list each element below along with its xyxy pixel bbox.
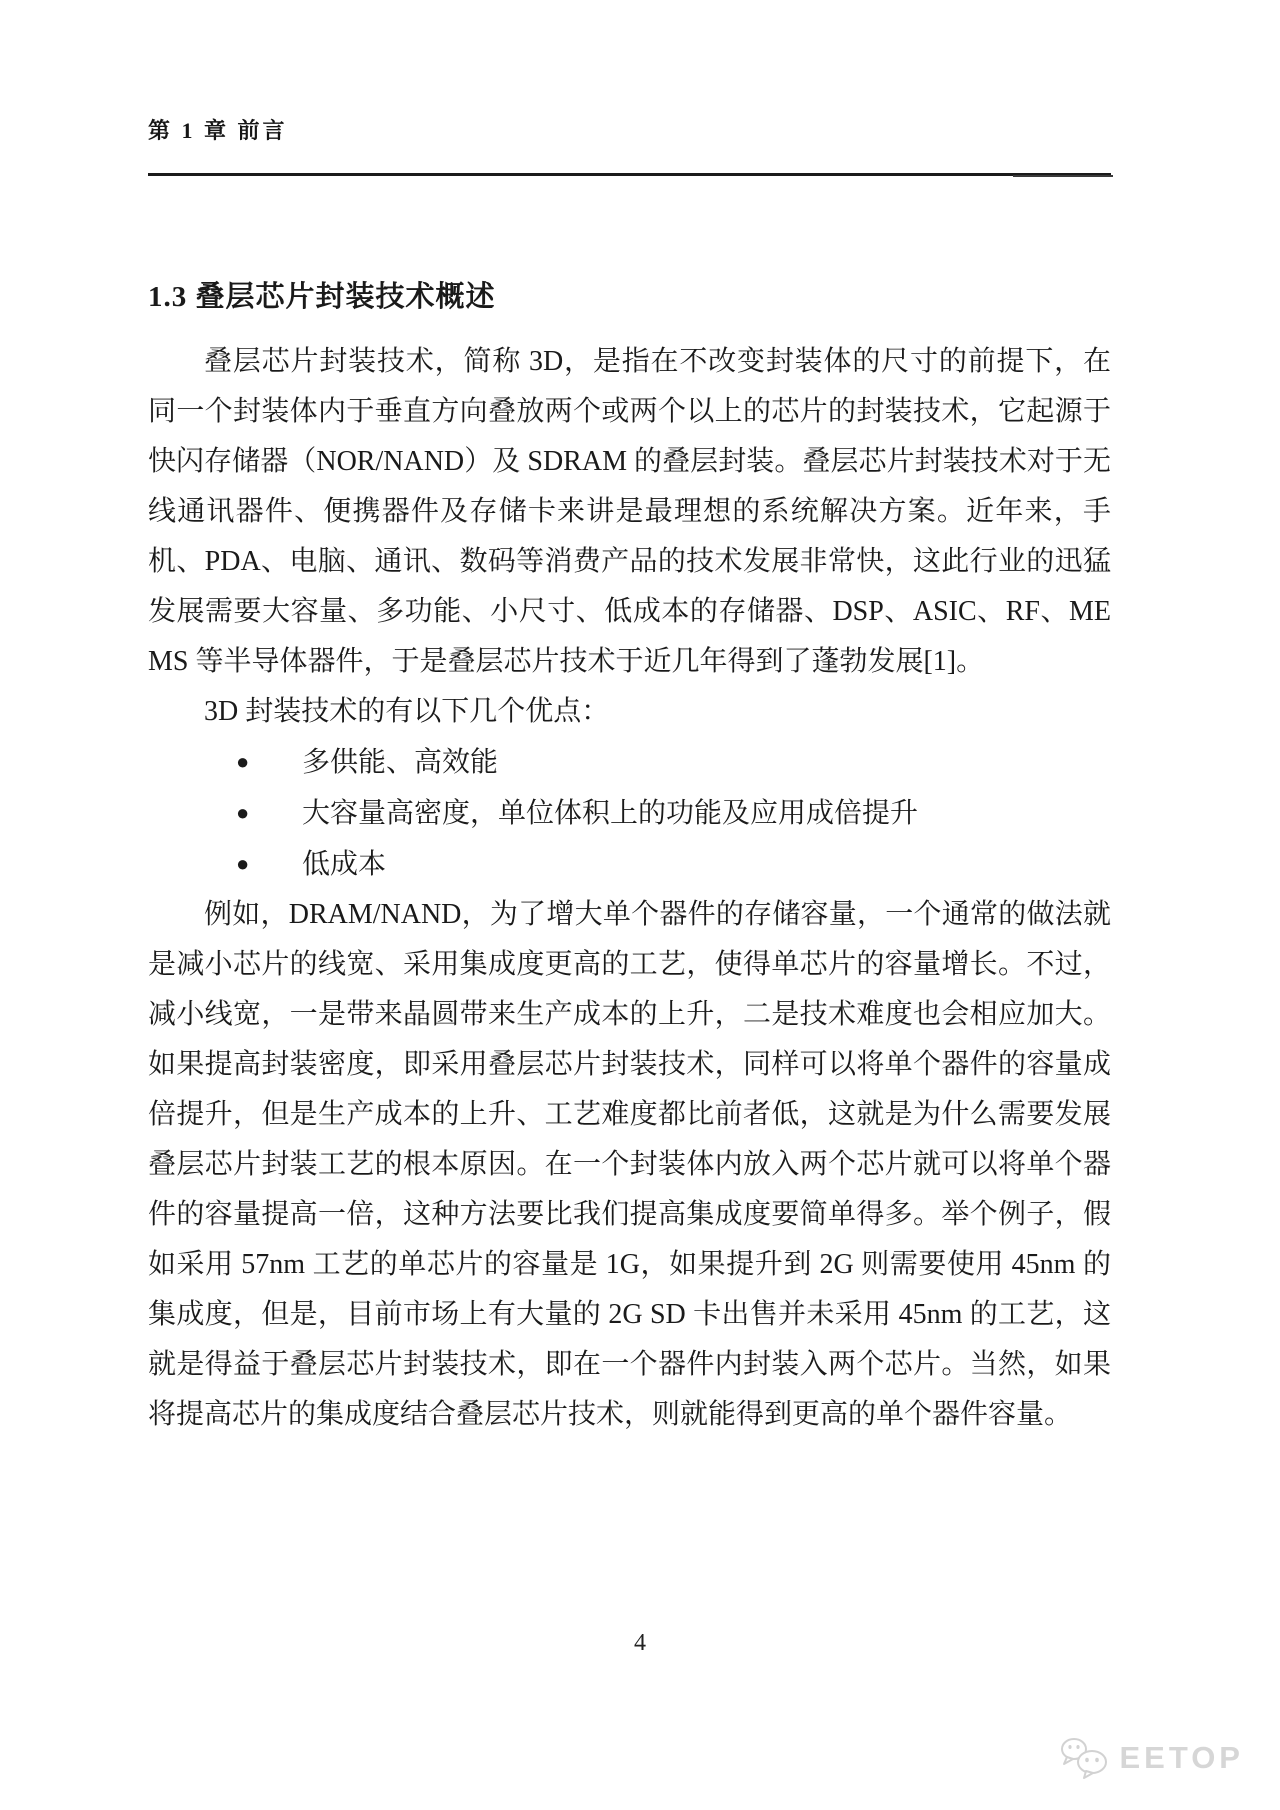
watermark: EETOP: [1059, 1736, 1244, 1780]
advantages-list: ● 多供能、高效能 ● 大容量高密度，单位体积上的功能及应用成倍提升 ● 低成本: [148, 737, 1111, 890]
page-number: 4: [0, 1630, 1280, 1657]
bullet-icon: ●: [236, 787, 249, 838]
list-item: ● 大容量高密度，单位体积上的功能及应用成倍提升: [148, 788, 1111, 839]
paragraph-intro: 叠层芯片封装技术，简称 3D，是指在不改变封装体的尺寸的前提下，在同一个封装体内…: [148, 337, 1111, 687]
running-header: 第 1 章 前言: [148, 114, 288, 145]
bullet-text: 大容量高密度，单位体积上的功能及应用成倍提升: [302, 798, 918, 829]
page-content: 1.3 叠层芯片封装技术概述 叠层芯片封装技术，简称 3D，是指在不改变封装体的…: [148, 274, 1111, 1440]
document-page: 第 1 章 前言 1.3 叠层芯片封装技术概述 叠层芯片封装技术，简称 3D，是…: [0, 0, 1280, 1810]
paragraph-example: 例如，DRAM/NAND，为了增大单个器件的存储容量，一个通常的做法就是减小芯片…: [148, 890, 1111, 1440]
list-item: ● 多供能、高效能: [148, 737, 1111, 788]
wechat-icon: [1059, 1736, 1111, 1780]
bullet-icon: ●: [236, 838, 249, 889]
paragraph-advantages-intro: 3D 封装技术的有以下几个优点：: [148, 687, 1111, 737]
header-rule: [148, 173, 1111, 176]
bullet-text: 低成本: [302, 849, 386, 880]
section-heading: 1.3 叠层芯片封装技术概述: [148, 274, 1111, 315]
watermark-brand: EETOP: [1119, 1740, 1244, 1776]
chapter-title: 第 1 章 前言: [148, 118, 288, 143]
bullet-text: 多供能、高效能: [302, 747, 498, 778]
bullet-icon: ●: [236, 736, 249, 787]
list-item: ● 低成本: [148, 839, 1111, 890]
